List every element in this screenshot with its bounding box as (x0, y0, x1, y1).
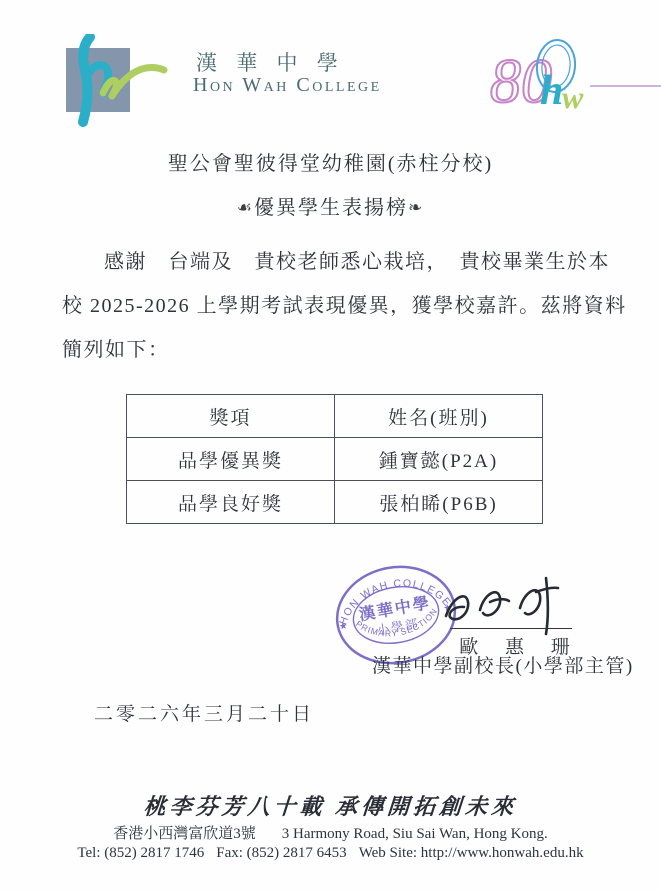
school-name-en: Hon Wah College (193, 74, 382, 97)
name-cell: 張柏睎(P6B) (335, 481, 543, 524)
body-paragraph: 感謝 台端及 貴校老師悉心栽培， 貴校畢業生於本 校 2025-2026 上學期… (62, 240, 600, 372)
body-line: 校 2025-2026 上學期考試表現優異，獲學校嘉許。茲將資料 (62, 284, 600, 328)
body-line: 感謝 台端及 貴校老師悉心栽培， 貴校畢業生於本 (62, 240, 600, 284)
fax-text: Fax: (852) 2817 6453 (216, 845, 346, 861)
letter-date: 二零二六年三月二十日 (94, 699, 314, 726)
svg-text:h: h (540, 68, 563, 114)
address-en: 3 Harmony Road, Siu Sai Wan, Hong Kong. (282, 826, 548, 842)
floral-ornament-right-icon: ❧ (408, 198, 424, 217)
subject-line: ☙優異學生表揚榜❧ (0, 191, 661, 220)
awards-table: 獎項 姓名(班別) 品學優異獎 鍾寶懿(P2A) 品學良好獎 張柏睎(P6B) (126, 394, 543, 524)
floral-ornament-left-icon: ☙ (237, 198, 254, 217)
website-text: Web Site: http://www.honwah.edu.hk (359, 845, 584, 861)
school-name-cn: 漢 華 中 學 (196, 47, 345, 77)
signature-line (450, 628, 572, 629)
table-header-row: 獎項 姓名(班別) (127, 395, 543, 438)
signer-title: 漢華中學副校長(小學部主管) (372, 651, 634, 678)
anniversary-80-icon: 80 h w (490, 36, 661, 118)
recipient-title: 聖公會聖彼得堂幼稚園(赤柱分校) (0, 147, 661, 176)
footer-contact: Tel: (852) 2817 1746Fax: (852) 2817 6453… (0, 845, 661, 862)
svg-text:w: w (562, 79, 584, 115)
footer-slogan: 桃李芬芳八十載 承傳開拓創未來 (0, 790, 661, 821)
table-row: 品學良好獎 張柏睎(P6B) (127, 481, 543, 524)
subject-text: 優異學生表揚榜 (254, 197, 408, 219)
school-logo-icon (56, 34, 174, 128)
award-cell: 品學優異獎 (127, 438, 335, 481)
address-cn: 香港小西灣富欣道3號 (113, 826, 256, 842)
letter-page: 漢 華 中 學 Hon Wah College 80 h w 聖公會聖彼得堂幼稚… (0, 0, 661, 892)
award-cell: 品學良好獎 (127, 481, 335, 524)
column-header-name: 姓名(班別) (335, 395, 543, 438)
body-line: 簡列如下： (62, 328, 600, 372)
column-header-award: 獎項 (127, 395, 335, 438)
table-row: 品學優異獎 鍾寶懿(P2A) (127, 438, 543, 481)
footer-address: 香港小西灣富欣道3號3 Harmony Road, Siu Sai Wan, H… (0, 822, 661, 843)
tel-text: Tel: (852) 2817 1746 (77, 845, 204, 861)
name-cell: 鍾寶懿(P2A) (335, 438, 543, 481)
